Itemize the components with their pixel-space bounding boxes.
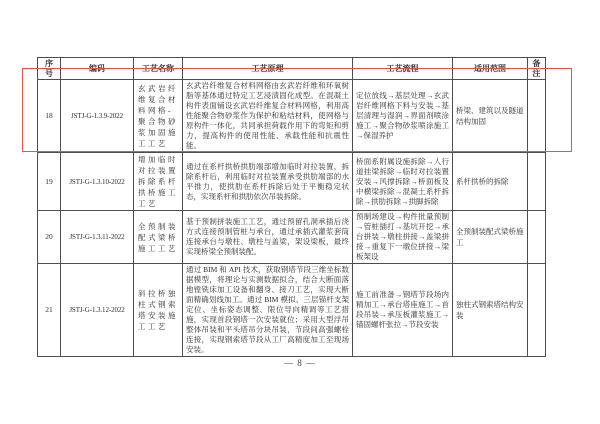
cell-note [528,211,546,264]
cell-principle: 基于预制拼装施工工艺，通过预留孔洞承插后浇方式连接预制管桩与承台，通过承插式灌浆… [183,211,353,264]
cell-scope: 独柱式钢索塔结构安装 [453,264,528,357]
cell-principle: 通过 BIM 和 API 技术，获取钢塔节段三维坐标数据模型，将理论与实测数据拟… [183,264,353,357]
header-note: 备注 [528,58,546,80]
cell-principle: 通过在系杆拱桥拱肋端部增加临时对拉装置，拆除系杆后，利用临时对拉装置承受拱肋端部… [183,153,353,211]
cell-process: 施工前准备→钢塔节段场内精加工→承台塔座施工→首段吊装→承压板灌浆施工→锚固螺杆… [353,264,453,357]
header-no: 序号 [38,58,61,80]
table-row: 20JSTJ-G-1.3.11-2022全预制装配式梁桥施工工艺基于预制拼装施工… [38,211,546,264]
cell-principle: 玄武岩纤维复合材料网格由玄武岩纤维和环氧树脂等基体通过特定工艺浸渍固化成型。在混… [183,80,353,153]
cell-no: 21 [38,264,61,357]
table-row: 21JSTJ-G-1.3.12-2022斜拉桥独柱式钢索塔安装施工工艺通过 BI… [38,264,546,357]
table-row: 19JSTJ-G-1.3.10-2022增加临时对拉装置拆除系杆拱桥施工工艺通过… [38,153,546,211]
cell-note [528,80,546,153]
cell-note [528,264,546,357]
cell-name: 全预制装配式梁桥施工工艺 [134,211,183,264]
cell-code: JSTJ-G-1.3.10-2022 [61,153,134,211]
header-principle: 工艺原理 [183,58,353,80]
cell-scope: 全预制装配式梁桥施工 [453,211,528,264]
cell-name: 玄武岩纤维复合材料网格-聚合物砂浆加固施工工艺 [134,80,183,153]
cell-no: 20 [38,211,61,264]
cell-process: 定位放线→基层处理→玄武岩纤维网格下料与安装→基层清理与湿润→界面剂喷涂施工→聚… [353,80,453,153]
process-table: 序号 编码 工艺名称 工艺原理 工艺流程 适用范围 备注 18JSTJ-G-1.… [37,57,546,357]
page-number: — 8 — [0,358,600,368]
header-name: 工艺名称 [134,58,183,80]
cell-process: 预制场建设→构件批量预制→管桩插打→基坑开挖→承台拼装→墩柱拼接→盖梁拼接→重复… [353,211,453,264]
header-process: 工艺流程 [353,58,453,80]
cell-code: JSTJ-G-1.3.11-2022 [61,211,134,264]
document-page: 序号 编码 工艺名称 工艺原理 工艺流程 适用范围 备注 18JSTJ-G-1.… [0,0,600,424]
header-note-label: 备注 [533,59,541,78]
header-no-label: 序号 [45,59,53,78]
cell-name: 增加临时对拉装置拆除系杆拱桥施工工艺 [134,153,183,211]
table-row: 18JSTJ-G-1.3.9-2022玄武岩纤维复合材料网格-聚合物砂浆加固施工… [38,80,546,153]
cell-scope: 系杆拱桥的拆除 [453,153,528,211]
cell-scope: 桥梁、建筑以及隧道结构加固 [453,80,528,153]
cell-name: 斜拉桥独柱式钢索塔安装施工工艺 [134,264,183,357]
cell-note [528,153,546,211]
cell-no: 18 [38,80,61,153]
header-code: 编码 [61,58,134,80]
process-table-body: 18JSTJ-G-1.3.9-2022玄武岩纤维复合材料网格-聚合物砂浆加固施工… [38,80,546,357]
cell-code: JSTJ-G-1.3.9-2022 [61,80,134,153]
cell-process: 桥面系附属设施拆除→人行道挂梁拆除→临时对拉装置安装→风撑拆除→桥面板及中横梁拆… [353,153,453,211]
cell-no: 19 [38,153,61,211]
cell-code: JSTJ-G-1.3.12-2022 [61,264,134,357]
table-header-row: 序号 编码 工艺名称 工艺原理 工艺流程 适用范围 备注 [38,58,546,80]
header-scope: 适用范围 [453,58,528,80]
